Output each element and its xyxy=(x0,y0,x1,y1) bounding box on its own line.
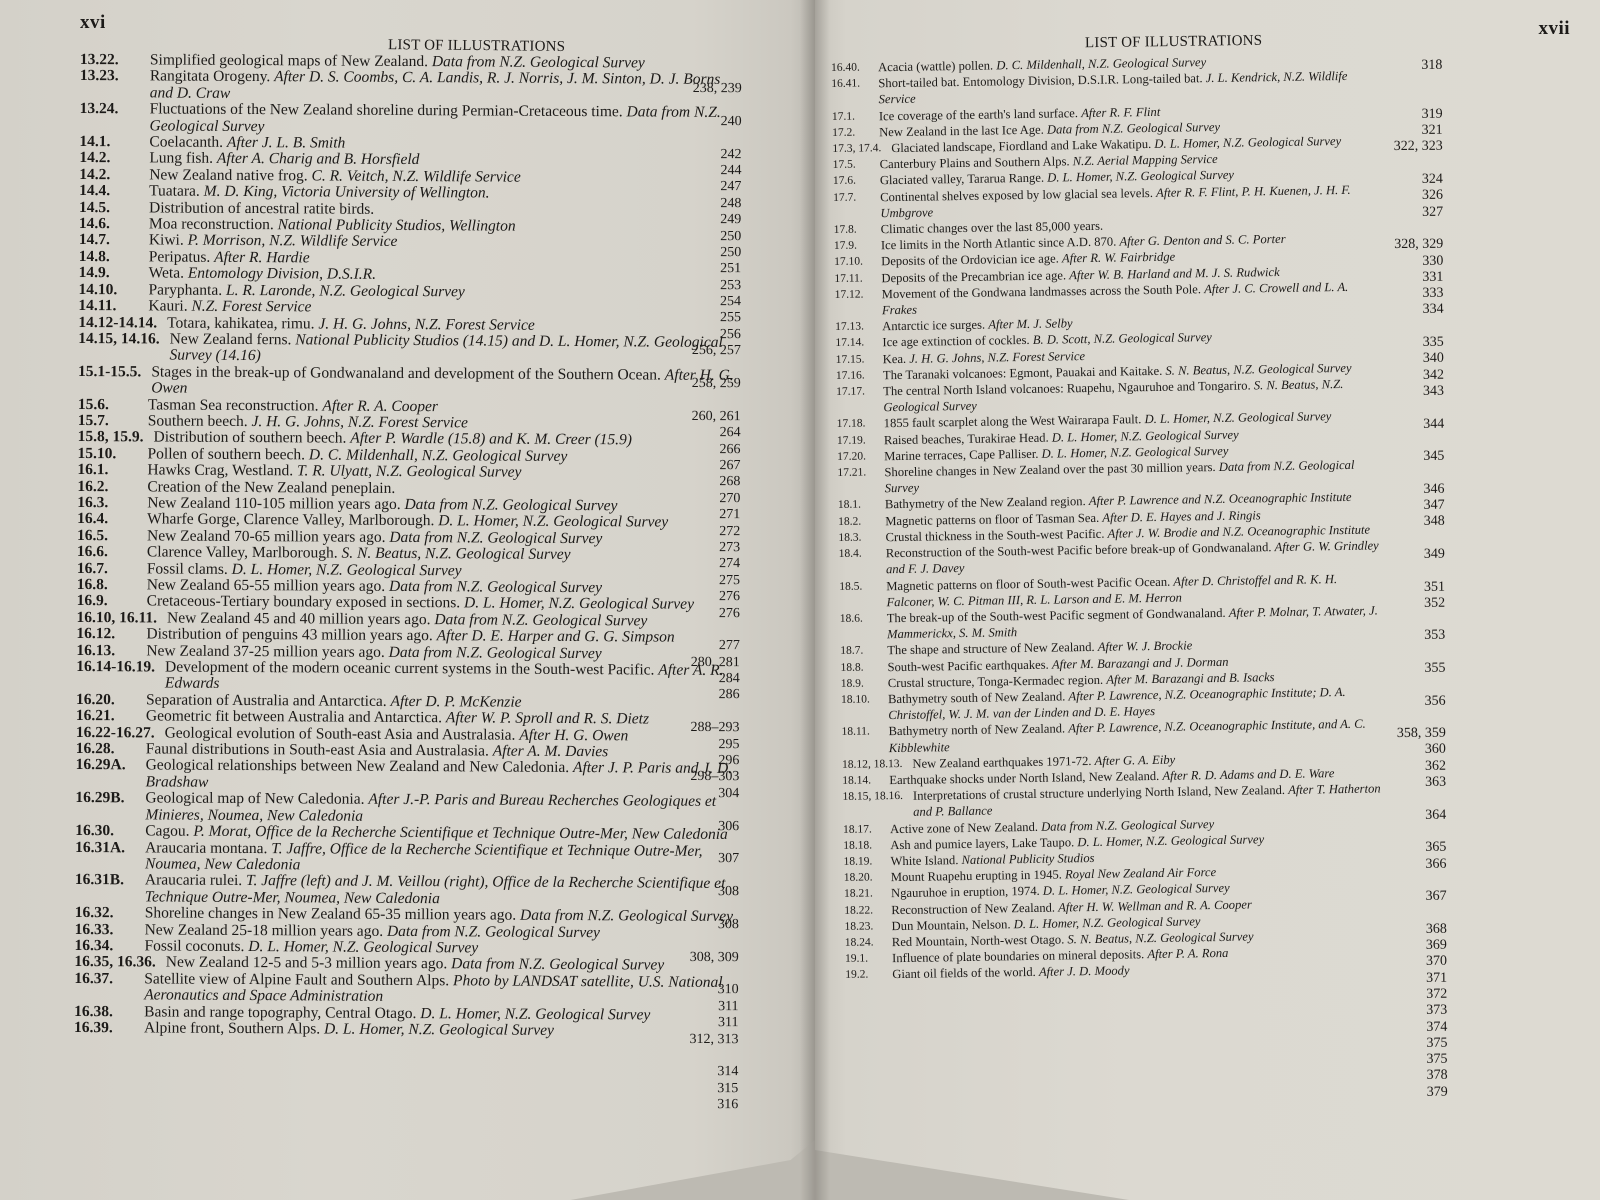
figure-credit: P. Morrison, N.Z. Wildlife Service xyxy=(188,232,398,250)
page-number xyxy=(1345,530,1445,547)
figure-credit: T. R. Ulyatt, N.Z. Geological Survey xyxy=(297,462,522,480)
figure-number: 14.7. xyxy=(79,232,149,249)
figure-caption: Reconstruction of New Zealand. xyxy=(891,900,1058,917)
figure-number: 16.8. xyxy=(77,577,147,594)
figure-caption: White Island. xyxy=(890,853,961,868)
figure-caption: New Zealand in the last Ice Age. xyxy=(879,122,1047,139)
page-number xyxy=(1344,433,1444,450)
figure-credit: J. H. G. Johns, N.Z. Forest Service xyxy=(909,349,1085,366)
page-number xyxy=(1343,221,1443,238)
figure-credit: After P. A. Rona xyxy=(1147,946,1228,961)
figure-caption: Distribution of ancestral ratite birds. xyxy=(149,199,374,217)
figure-credit: D. L. Homer, N.Z. Geological Survey xyxy=(1154,134,1341,151)
page-number: 247 xyxy=(641,179,741,196)
figure-credit: After M. J. Selby xyxy=(988,316,1072,331)
figure-number: 14.12-14.14. xyxy=(78,314,167,331)
figure-caption: Ash and pumice layers, Lake Taupo. xyxy=(890,835,1077,852)
page-number xyxy=(639,900,739,917)
page-number: 374 xyxy=(1347,1019,1447,1036)
figure-number: 17.10. xyxy=(834,254,881,271)
figure-caption: Ice age extinction of cockles. xyxy=(882,333,1033,349)
figure-caption: The central North Island volcanoes: Ruap… xyxy=(883,378,1254,398)
figure-credit: After R. D. Adams and D. E. Ware xyxy=(1162,766,1334,783)
figure-number: 16.2. xyxy=(77,479,147,496)
figure-caption: South-west Pacific earthquakes. xyxy=(887,657,1052,674)
figure-number: 16.32. xyxy=(75,905,145,922)
figure-number: 14.10. xyxy=(78,282,148,299)
figure-credit: D. L. Homer, N.Z. Geological Survey xyxy=(1014,914,1201,931)
figure-credit: Entomology Division, D.S.I.R. xyxy=(188,265,376,283)
page-number: 378 xyxy=(1348,1068,1448,1085)
figure-number: 15.6. xyxy=(78,397,148,414)
figure-credit: N.Z. Aerial Mapping Service xyxy=(1073,152,1218,168)
figure-caption: Distribution of southern beech. xyxy=(153,429,350,447)
figure-number: 16.31B. xyxy=(75,872,145,905)
figure-caption: Deposits of the Ordovician ice age. xyxy=(881,252,1062,269)
figure-caption: Clarence Valley, Marlborough. xyxy=(147,544,342,562)
figure-caption: Ice coverage of the earth's land surface… xyxy=(879,106,1081,123)
figure-number: 17.6. xyxy=(833,173,880,190)
figure-number: 15.7. xyxy=(78,413,148,430)
figure-caption: Short-tailed bat. Entomology Division, D… xyxy=(878,71,1206,90)
page-number: 352 xyxy=(1345,596,1445,613)
figure-caption: Bathymetry of the New Zealand region. xyxy=(885,494,1089,511)
figure-number: 16.10, 16.11. xyxy=(76,610,167,627)
figure-number: 16.12. xyxy=(76,626,146,643)
figure-number: 13.24. xyxy=(79,101,149,134)
page-number: 276 xyxy=(640,605,740,622)
figure-credit: C. R. Veitch, N.Z. Wildlife Service xyxy=(311,167,520,185)
figure-number: 16.13. xyxy=(76,643,146,660)
figure-credit: After M. Barazangi and B. Isacks xyxy=(1106,670,1274,687)
page-number xyxy=(1342,90,1442,107)
figure-number: 17.3, 17.4. xyxy=(832,140,891,157)
figure-number: 13.22. xyxy=(80,52,150,69)
page-number: 346 xyxy=(1344,481,1444,498)
figure-caption: Continental shelves exposed by low glaci… xyxy=(880,186,1156,204)
figure-caption: Coelacanth. xyxy=(149,133,227,150)
page-number: 312, 313 xyxy=(638,1031,738,1048)
figure-number: 16.38. xyxy=(74,1004,144,1021)
figure-credit: S. N. Beatus, N.Z. Geological Survey xyxy=(1067,929,1253,946)
figure-credit: After W. P. Sproll and R. S. Dietz xyxy=(446,709,649,727)
figure-number: 18.10. xyxy=(841,691,889,724)
figure-caption: Cagou. xyxy=(145,823,193,840)
figure-credit: After R. W. Fairbridge xyxy=(1062,250,1175,266)
figure-number: 15.1-15.5. xyxy=(78,364,151,397)
page-number: 345 xyxy=(1344,449,1444,466)
figure-credit: Data from N.Z. Geological Survey xyxy=(451,956,664,974)
figure-credit: N.Z. Forest Service xyxy=(191,298,311,316)
figure-caption: Marine terraces, Cape Palliser. xyxy=(884,447,1042,463)
page-number: 273 xyxy=(640,540,740,557)
page-number-column: 318319321322, 323324326327328, 329330331… xyxy=(1342,58,1447,1102)
page-number: 280, 281 xyxy=(640,654,740,671)
figure-credit: After M. Barazangi and J. Dorman xyxy=(1052,654,1229,671)
page-number: 277 xyxy=(640,638,740,655)
page-number: 288–293 xyxy=(640,720,740,737)
page-number: 370 xyxy=(1347,954,1447,971)
page-number: 315 xyxy=(638,1081,738,1098)
figure-number: 14.4. xyxy=(79,183,149,200)
figure-credit: D. L. Homer, N.Z. Geological Survey xyxy=(1052,427,1239,444)
figure-number: 16.28. xyxy=(76,741,146,758)
illustration-list: 16.40.Acacia (wattle) pollen. D. C. Mild… xyxy=(831,51,1390,983)
page-number xyxy=(1344,465,1444,482)
figure-credit: After J. D. Moody xyxy=(1039,964,1130,979)
figure-number: 17.15. xyxy=(836,351,883,368)
page-number: 355 xyxy=(1345,661,1445,678)
figure-credit: After W. J. Brockie xyxy=(1098,639,1193,654)
figure-number: 17.1. xyxy=(832,108,879,125)
page-number: 331 xyxy=(1343,270,1443,287)
page-number: 284 xyxy=(640,671,740,688)
page-number: 248 xyxy=(641,196,741,213)
page-number: 373 xyxy=(1347,1003,1447,1020)
figure-number: 18.15, 18.16. xyxy=(842,788,913,822)
figure-credit: J. H. G. Johns, N.Z. Forest Service xyxy=(251,413,467,431)
page-number: 349 xyxy=(1345,547,1445,564)
left-page: xvi LIST OF ILLUSTRATIONS 13.22.Simplifi… xyxy=(0,0,815,1200)
page-number xyxy=(1347,873,1447,890)
figure-number: 18.19. xyxy=(843,853,890,870)
page-number xyxy=(1346,791,1446,808)
figure-credit: After D. E. Hayes and J. Ringis xyxy=(1102,508,1261,524)
page-folio: xvi xyxy=(80,12,106,34)
figure-caption: New Zealand ferns. xyxy=(170,330,296,348)
figure-number: 17.16. xyxy=(836,367,883,384)
page-number xyxy=(640,622,740,639)
figure-credit: Data from N.Z. Geological Survey xyxy=(1047,120,1220,137)
figure-number: 18.21. xyxy=(844,886,891,903)
figure-caption: Fossil coconuts. xyxy=(144,937,248,955)
page-number: 342 xyxy=(1344,367,1444,384)
figure-number: 14.9. xyxy=(79,265,149,282)
page-number: 311 xyxy=(638,1015,738,1032)
page-number: 334 xyxy=(1344,302,1444,319)
figure-caption: Kauri. xyxy=(148,298,191,315)
figure-number: 16.33. xyxy=(75,922,145,939)
page-number xyxy=(640,704,740,721)
figure-number: 18.22. xyxy=(844,902,891,919)
figure-caption: Glaciated valley, Tararua Range. xyxy=(880,171,1048,188)
figure-caption: Paryphanta. xyxy=(148,281,226,298)
figure-number: 14.1. xyxy=(79,134,149,151)
figure-number: 18.17. xyxy=(843,821,890,838)
figure-number: 16.31A. xyxy=(75,839,145,872)
page-number: 333 xyxy=(1343,286,1443,303)
figure-caption: New Zealand native frog. xyxy=(149,166,311,184)
figure-credit: After D. P. McKenzie xyxy=(390,693,521,711)
figure-credit: Data from N.Z. Geological Survey xyxy=(434,611,647,629)
figure-number: 16.14-16.19. xyxy=(76,659,165,692)
figure-number: 14.2. xyxy=(79,150,149,167)
figure-caption: Raised beaches, Turakirae Head. xyxy=(884,430,1052,447)
page-number: 250 xyxy=(641,228,741,245)
page-number: 369 xyxy=(1347,938,1447,955)
page-number: 322, 323 xyxy=(1343,139,1443,156)
figure-credit: J. H. G. Johns, N.Z. Forest Service xyxy=(318,315,534,333)
page-number: 347 xyxy=(1345,498,1445,515)
figure-caption: Stages in the break-up of Gondwanaland a… xyxy=(151,363,665,383)
figure-credit: D. L. Homer, N.Z. Geological Survey xyxy=(1047,168,1234,185)
page-number: 254 xyxy=(641,294,741,311)
figure-caption: Weta. xyxy=(149,265,188,282)
figure-credit: D. L. Homer, N.Z. Geological Survey xyxy=(1043,881,1230,898)
figure-number: 16.20. xyxy=(76,692,146,709)
page-number: 296 xyxy=(639,753,739,770)
figure-caption: Bathymetry south of New Zealand. xyxy=(888,689,1069,706)
figure-credit: After A. Charig and B. Horsfield xyxy=(217,150,420,168)
figure-number: 16.21. xyxy=(76,708,146,725)
page-number: 372 xyxy=(1347,987,1447,1004)
page-number: 308 xyxy=(639,917,739,934)
figure-caption: Deposits of the Precambrian ice age. xyxy=(881,268,1069,285)
page-number xyxy=(642,130,742,147)
figure-caption: Dun Mountain, Nelson. xyxy=(891,917,1013,933)
figure-number: 16.4. xyxy=(77,511,147,528)
figure-caption: Active zone of New Zealand. xyxy=(890,819,1041,835)
page-number: 267 xyxy=(640,458,740,475)
figure-caption: Giant oil fields of the world. xyxy=(892,965,1039,981)
figure-caption: Geological map of New Caledonia. xyxy=(145,790,368,808)
figure-credit: Data from N.Z. Geological Survey xyxy=(1041,817,1214,834)
page-number xyxy=(1344,400,1444,417)
figure-number: 14.8. xyxy=(79,249,149,266)
page-number xyxy=(1345,644,1445,661)
page-number xyxy=(1342,74,1442,91)
page-number: 250 xyxy=(641,245,741,262)
page-number: 328, 329 xyxy=(1343,237,1443,254)
figure-number: 18.7. xyxy=(840,643,887,660)
figure-number: 18.14. xyxy=(842,772,889,789)
figure-credit: Data from N.Z. Geological Survey xyxy=(404,496,617,514)
figure-caption: Southern beech. xyxy=(148,412,252,430)
figure-number: 17.21. xyxy=(837,464,885,497)
page-number xyxy=(1343,156,1443,173)
figure-credit: B. D. Scott, N.Z. Geological Survey xyxy=(1033,331,1212,348)
figure-credit: Data from N.Z. Geological Survey xyxy=(389,644,602,662)
figure-number: 17.2. xyxy=(832,124,879,141)
figure-number: 16.9. xyxy=(77,593,147,610)
figure-caption: Shoreline changes in New Zealand over th… xyxy=(884,460,1219,479)
figure-credit: After H. G. Owen xyxy=(519,726,628,744)
figure-number: 18.12, 18.13. xyxy=(842,756,913,773)
page-number: 375 xyxy=(1347,1036,1447,1053)
figure-credit: After H. W. Wellman and R. A. Cooper xyxy=(1058,897,1252,914)
page-number: 365 xyxy=(1346,840,1446,857)
figure-number: 18.6. xyxy=(840,610,888,643)
figure-number: 14.5. xyxy=(79,200,149,217)
figure-number: 18.4. xyxy=(839,545,887,578)
page-number: 271 xyxy=(640,507,740,524)
page-number: 326 xyxy=(1343,188,1443,205)
figure-number: 14.6. xyxy=(79,216,149,233)
page-number: 272 xyxy=(640,523,740,540)
page-number: 319 xyxy=(1343,107,1443,124)
figure-number: 16.34. xyxy=(74,938,144,955)
page-number: 368 xyxy=(1347,921,1447,938)
page-number xyxy=(638,1048,738,1065)
figure-caption: Araucaria montana. xyxy=(145,839,271,857)
page-number: 321 xyxy=(1343,123,1443,140)
figure-caption: New Zealand earthquakes 1971-72. xyxy=(912,754,1094,771)
page-number: 327 xyxy=(1343,204,1443,221)
figure-number: 18.9. xyxy=(841,675,888,692)
figure-number: 16.7. xyxy=(77,561,147,578)
page-number: 286 xyxy=(640,687,740,704)
page-number: 307 xyxy=(639,851,739,868)
page-number: 304 xyxy=(639,786,739,803)
figure-caption: Tuatara. xyxy=(149,183,204,200)
page-number: 314 xyxy=(638,1064,738,1081)
page-number: 358, 359 xyxy=(1346,726,1446,743)
page-number: 379 xyxy=(1348,1084,1448,1101)
page-number: 364 xyxy=(1346,807,1446,824)
figure-number: 17.17. xyxy=(836,383,884,416)
figure-credit: Data from N.Z. Geological Survey xyxy=(389,578,602,596)
figure-credit: After R. A. Cooper xyxy=(322,397,438,415)
page-number: 316 xyxy=(638,1097,738,1114)
figure-number: 18.5. xyxy=(839,578,887,611)
page-number xyxy=(1346,824,1446,841)
page-number xyxy=(1345,563,1445,580)
figure-caption: Tasman Sea reconstruction. xyxy=(148,396,323,414)
page-number: 310 xyxy=(639,982,739,999)
page-number: 356 xyxy=(1346,693,1446,710)
figure-number: 16.1. xyxy=(77,462,147,479)
page-number: 335 xyxy=(1344,335,1444,352)
figure-caption: Mount Ruapehu erupting in 1945. xyxy=(891,868,1065,885)
figure-number: 19.1. xyxy=(845,950,892,967)
page-number xyxy=(639,835,739,852)
page-folio: xvii xyxy=(1538,18,1570,40)
page-number: 344 xyxy=(1344,416,1444,433)
figure-caption: Magnetic patterns on floor of South-west… xyxy=(886,574,1173,593)
page-number: 367 xyxy=(1347,889,1447,906)
figure-number: 14.11. xyxy=(78,298,148,315)
page-number xyxy=(1346,710,1446,727)
figure-caption: Movement of the Gondwana landmasses acro… xyxy=(882,282,1205,301)
page-number: 240 xyxy=(642,114,742,131)
page-number xyxy=(1346,677,1446,694)
figure-number: 16.41. xyxy=(831,75,879,108)
page-number: 306 xyxy=(639,818,739,835)
figure-number: 18.23. xyxy=(844,918,891,935)
figure-number: 14.2. xyxy=(79,167,149,184)
figure-caption: Araucaria rulei. xyxy=(145,872,246,890)
page-number xyxy=(641,392,741,409)
figure-caption: Kea. xyxy=(883,351,910,365)
figure-number: 18.18. xyxy=(843,837,890,854)
figure-credit: Data from N.Z. Geological Survey xyxy=(387,922,600,940)
page-number xyxy=(642,97,742,114)
page-number: 308, 309 xyxy=(639,950,739,967)
figure-caption: The break-up of the South-west Pacific s… xyxy=(887,606,1229,625)
page-number: 360 xyxy=(1346,742,1446,759)
right-page: xvii LIST OF ILLUSTRATIONS 16.40.Acacia … xyxy=(815,0,1600,1200)
page-number: 274 xyxy=(640,556,740,573)
figure-number: 16.40. xyxy=(831,59,878,76)
page-number: 249 xyxy=(641,212,741,229)
figure-number: 18.2. xyxy=(838,513,885,530)
figure-number: 17.18. xyxy=(837,416,884,433)
figure-caption: Development of the modern oceanic curren… xyxy=(165,659,658,679)
page-number: 256 xyxy=(641,327,741,344)
figure-credit: After G. Denton and S. C. Porter xyxy=(1119,232,1285,249)
page-number: 351 xyxy=(1345,579,1445,596)
page-number xyxy=(639,868,739,885)
page-number xyxy=(1344,318,1444,335)
figure-number: 15.10. xyxy=(77,446,147,463)
figure-caption: Rangitata Orogeny. xyxy=(150,68,274,86)
figure-number: 16.35, 16.36. xyxy=(74,954,165,971)
page-number: 371 xyxy=(1347,970,1447,987)
figure-caption: Antarctic ice surges. xyxy=(882,318,988,334)
figure-caption: Hawks Crag, Westland. xyxy=(147,462,297,480)
figure-number: 19.2. xyxy=(845,967,892,984)
figure-number: 17.11. xyxy=(834,270,881,287)
figure-number: 17.8. xyxy=(834,221,881,238)
page-number: 275 xyxy=(640,573,740,590)
figure-credit: D. L. Homer, N.Z. Geological Survey xyxy=(1041,444,1228,461)
page-number: 330 xyxy=(1343,253,1443,270)
figure-number: 16.29A. xyxy=(75,757,145,790)
figure-caption: Alpine front, Southern Alps. xyxy=(144,1019,324,1037)
figure-caption: Canterbury Plains and Southern Alps. xyxy=(880,154,1073,171)
figure-caption: Pollen of southern beech. xyxy=(147,445,309,463)
figure-number: 17.12. xyxy=(835,286,883,319)
figure-number: 17.20. xyxy=(837,448,884,465)
figure-credit: Data from N.Z. Geological Survey xyxy=(389,529,602,547)
figure-number: 16.3. xyxy=(77,495,147,512)
page-number: 366 xyxy=(1346,856,1446,873)
figure-caption: Fossil clams. xyxy=(147,560,232,578)
page-number: 363 xyxy=(1346,775,1446,792)
figure-credit: National Publicity Studios xyxy=(961,851,1094,867)
figure-caption: Totara, kahikatea, rimu. xyxy=(167,314,318,332)
page-number: 276 xyxy=(640,589,740,606)
page-number: 340 xyxy=(1344,351,1444,368)
page-number xyxy=(639,933,739,950)
page-number: 253 xyxy=(641,278,741,295)
figure-number: 16.30. xyxy=(75,823,145,840)
figure-credit: D. L. Homer, N.Z. Geological Survey xyxy=(324,1020,554,1038)
page-number: 348 xyxy=(1345,514,1445,531)
page-number-column: 238, 23924024224424724824925025025125325… xyxy=(638,81,742,1114)
figure-caption: Bathymetry north of New Zealand. xyxy=(888,722,1068,739)
figure-number: 16.39. xyxy=(74,1020,144,1037)
page-number: 298–303 xyxy=(639,769,739,786)
figure-number: 14.15, 14.16. xyxy=(78,331,170,364)
page-number: 343 xyxy=(1344,384,1444,401)
figure-number: 16.22-16.27. xyxy=(76,725,165,742)
page-number: 260, 261 xyxy=(641,409,741,426)
page-number: 295 xyxy=(639,736,739,753)
figure-number: 13.23. xyxy=(80,68,150,101)
figure-number: 16.29B. xyxy=(75,790,145,823)
page-number: 308 xyxy=(639,884,739,901)
figure-credit: D. L. Homer, N.Z. Geological Survey xyxy=(1077,832,1264,849)
figure-number: 18.24. xyxy=(845,934,892,951)
figure-caption: Geological relationships between New Zea… xyxy=(146,757,574,777)
figure-caption: Acacia (wattle) pollen. xyxy=(878,58,996,74)
figure-credit: Royal New Zealand Air Force xyxy=(1065,865,1216,881)
figure-credit: After A. M. Davies xyxy=(493,743,609,761)
page-number: 251 xyxy=(641,261,741,278)
figure-number: 15.8, 15.9. xyxy=(78,429,154,446)
figure-credit: D. L. Homer, N.Z. Geological Survey xyxy=(1144,410,1331,427)
